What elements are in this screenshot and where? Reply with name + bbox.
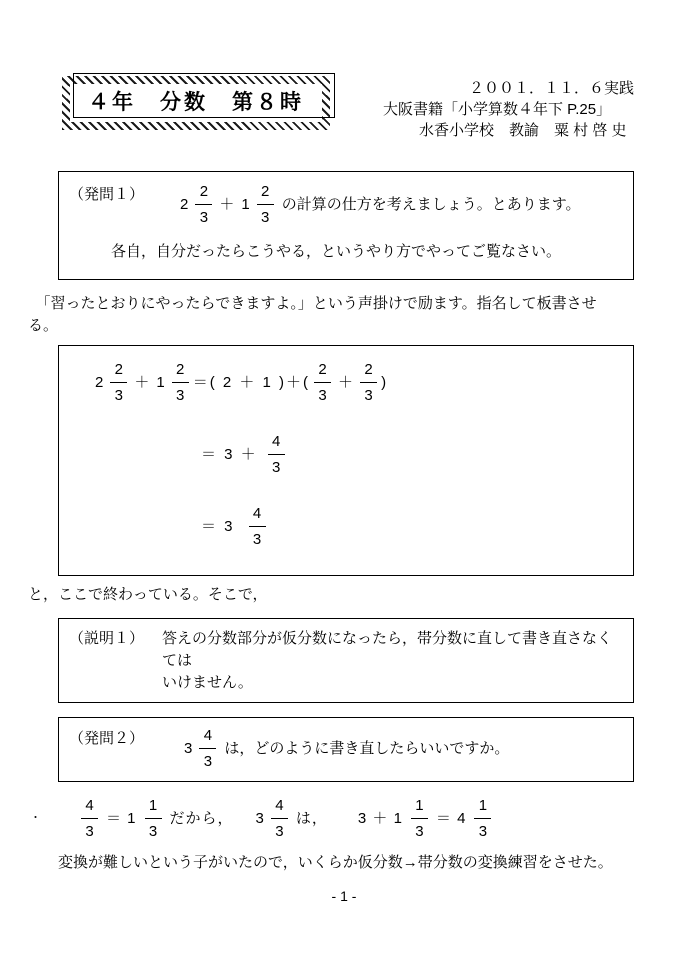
fraction-numerator: 2 [316, 362, 328, 377]
fraction: 1 3 [411, 798, 428, 839]
close-paren: ) [381, 372, 388, 394]
fraction-numerator: 4 [83, 798, 95, 813]
paragraph: 変換が難しいという子がいたので，いくらか仮分数→帯分数の変換練習をさせた。 [28, 852, 662, 874]
equals-regroup-text: ＝( 2 ＋ 1 )＋( [193, 372, 310, 394]
fraction-bar [268, 454, 285, 455]
fraction: 2 3 [257, 184, 274, 225]
fraction-denominator: 3 [83, 824, 95, 839]
plus-operator: ＋ [338, 372, 353, 394]
fraction-bar [360, 382, 377, 383]
practice-date: ２００１．１１．６実践 [383, 78, 634, 99]
fraction-bar [271, 818, 288, 819]
lesson-title-box: ４年 分数 第８時 [62, 76, 330, 130]
plus-operator: ＋ [219, 194, 234, 216]
equals-text: ＝ 4 [436, 808, 467, 830]
fraction-numerator: 4 [251, 506, 263, 521]
fraction: 2 3 [360, 362, 377, 403]
equals-text: ＝ 3 ＋ [201, 444, 258, 466]
fraction-numerator: 4 [270, 434, 282, 449]
fraction-bar [145, 818, 162, 819]
mixed-number: 1 2 3 [156, 362, 188, 403]
fraction-bar [81, 818, 98, 819]
fraction-denominator: 3 [477, 824, 489, 839]
fraction: 4 3 [271, 798, 288, 839]
fraction-denominator: 3 [362, 388, 374, 403]
because-text: だから， [170, 808, 234, 830]
question1-box: （発問１） 2 2 3 ＋ 1 2 3 の計算の仕方を考えましょう。とあります。 [58, 171, 634, 280]
fraction-denominator: 3 [273, 824, 285, 839]
fraction-numerator: 4 [202, 728, 214, 743]
sum-text: 3 ＋ 1 [358, 808, 403, 830]
equals-text: ＝ 3 [201, 516, 235, 538]
question2-expression: （発問２） 3 4 3 は，どのように書き直したらいいですか。 [69, 728, 623, 769]
board-work-box: 2 2 3 ＋ 1 2 3 ＝( 2 ＋ 1 )＋( 2 [58, 345, 634, 576]
fraction-denominator: 3 [147, 824, 159, 839]
fraction-numerator: 4 [273, 798, 285, 813]
board-work-line2: ＝ 3 ＋ 4 3 [197, 434, 633, 475]
fraction-denominator: 3 [174, 388, 186, 403]
fraction-bar [474, 818, 491, 819]
fraction-bar [195, 204, 212, 205]
explanation1-text: 答えの分数部分が仮分数になったら，帯分数に直して書き直さなくては いけません。 [162, 628, 623, 693]
question2-label: （発問２） [69, 728, 144, 750]
fraction: 4 3 [199, 728, 216, 769]
fraction-bar [257, 204, 274, 205]
mixed-whole: 2 [95, 372, 103, 394]
lesson-title: ４年 分数 第８時 [88, 91, 304, 114]
mixed-whole: 1 [156, 372, 164, 394]
page-number: - 1 - [0, 886, 688, 906]
fraction: 1 3 [145, 798, 162, 839]
question2-text: は，どのように書き直したらいいですか。 [224, 738, 509, 760]
fraction-bar [411, 818, 428, 819]
fraction-bar [172, 382, 189, 383]
fraction-bar [199, 748, 216, 749]
header: ４年 分数 第８時 ２００１．１１．６実践 大阪書籍「小学算数４年下 P.25」… [0, 0, 688, 141]
question1-instruction: 各自，自分だったらこうやる，というやり方でやってご覧なさい。 [111, 241, 623, 263]
paragraph: 「習ったとおりにやったらできますよ。」という声掛けで励ます。指名して板書させ る… [28, 293, 662, 337]
paragraph-line: いけません。 [162, 672, 623, 694]
fraction-numerator: 2 [362, 362, 374, 377]
paragraph-line: る。 [28, 315, 662, 337]
question2-box: （発問２） 3 4 3 は，どのように書き直したらいいですか。 [58, 717, 634, 782]
topic-particle-text: は， [296, 808, 328, 830]
fraction-numerator: 1 [147, 798, 159, 813]
fraction-denominator: 3 [270, 460, 282, 475]
mixed-whole: 1 [241, 194, 249, 216]
fraction-numerator: 2 [113, 362, 125, 377]
fraction: 2 3 [195, 184, 212, 225]
fraction-numerator: 2 [259, 184, 271, 199]
mixed-number: 3 4 3 [256, 798, 288, 839]
fraction: 4 3 [81, 798, 98, 839]
fraction-numerator: 1 [413, 798, 425, 813]
fraction-bar [110, 382, 127, 383]
mixed-number: 2 2 3 [180, 184, 212, 225]
board-work-line1: 2 2 3 ＋ 1 2 3 ＝( 2 ＋ 1 )＋( 2 [95, 362, 633, 403]
question1-label: （発問１） [69, 184, 144, 206]
question1-expression: （発問１） 2 2 3 ＋ 1 2 3 の計算の仕方を考えましょう。とあります。 [69, 184, 623, 225]
mixed-whole: 3 [184, 738, 192, 760]
fraction: 2 3 [110, 362, 127, 403]
fraction-denominator: 3 [198, 210, 210, 225]
question1-text: の計算の仕方を考えましょう。とあります。 [282, 194, 581, 216]
header-info: ２００１．１１．６実践 大阪書籍「小学算数４年下 P.25」 水香小学校 教諭 … [383, 76, 634, 141]
fraction-denominator: 3 [316, 388, 328, 403]
fraction: 4 3 [268, 434, 285, 475]
board-work-line3: ＝ 3 4 3 [197, 506, 633, 547]
mixed-whole: 2 [180, 194, 188, 216]
fraction-denominator: 3 [259, 210, 271, 225]
fraction-denominator: 3 [413, 824, 425, 839]
paragraph-line: 答えの分数部分が仮分数になったら，帯分数に直して書き直さなくては [162, 628, 623, 672]
fraction-denominator: 3 [202, 754, 214, 769]
fraction-denominator: 3 [113, 388, 125, 403]
fraction: 1 3 [474, 798, 491, 839]
fraction-numerator: 2 [198, 184, 210, 199]
fraction-bar [314, 382, 331, 383]
mixed-number: 2 2 3 [95, 362, 127, 403]
fraction: 4 3 [249, 506, 266, 547]
fraction-denominator: 3 [251, 532, 263, 547]
document-page: ４年 分数 第８時 ２００１．１１．６実践 大阪書籍「小学算数４年下 P.25」… [0, 0, 688, 971]
fraction-numerator: 1 [477, 798, 489, 813]
equals-text: ＝ 1 [106, 808, 137, 830]
conversion-line: ・ 4 3 ＝ 1 1 3 だから， 3 4 3 は， 3 ＋ 1 1 3 [30, 798, 688, 839]
textbook-source: 大阪書籍「小学算数４年下 P.25」 [383, 99, 634, 120]
mixed-whole: 3 [256, 808, 264, 830]
plus-operator: ＋ [134, 372, 149, 394]
fraction-bar [249, 526, 266, 527]
mixed-number: 1 2 3 [241, 184, 273, 225]
bullet: ・ [30, 811, 41, 827]
paragraph-line: 「習ったとおりにやったらできますよ。」という声掛けで励ます。指名して板書させ [28, 293, 662, 315]
fraction: 2 3 [314, 362, 331, 403]
fraction-numerator: 2 [174, 362, 186, 377]
explanation1-box: （説明１） 答えの分数部分が仮分数になったら，帯分数に直して書き直さなくては い… [58, 618, 634, 703]
explanation1-label: （説明１） [69, 628, 144, 650]
mixed-number: 3 4 3 [184, 728, 216, 769]
paragraph: と，ここで終わっている。そこで， [28, 584, 662, 606]
school-and-teacher: 水香小学校 教諭 粟 村 啓 史 [383, 120, 634, 141]
fraction: 2 3 [172, 362, 189, 403]
